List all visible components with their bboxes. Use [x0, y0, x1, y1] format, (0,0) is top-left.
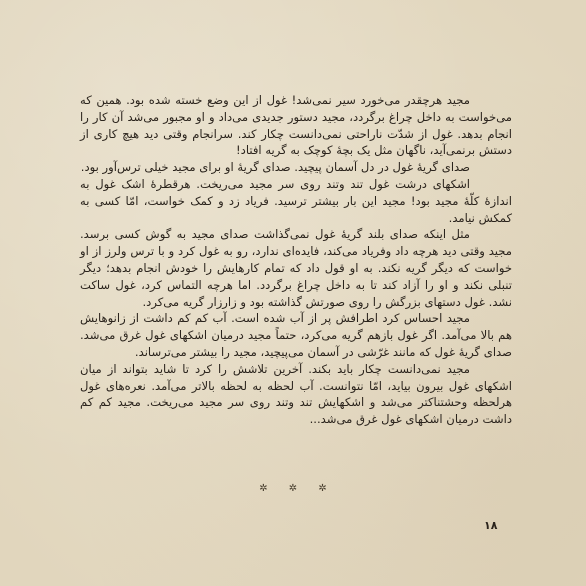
story-text: مجید هرچقدر می‌خورد سیر نمی‌شد! غول از ا…: [80, 92, 512, 428]
paragraph-2: صدای گریهٔ غول در دل آسمان پیچید. صدای گ…: [80, 159, 512, 176]
paragraph-5: مجید احساس کرد اطرافش پر از آب شده است. …: [80, 310, 512, 360]
paragraph-3: اشکهای درشت غول تند وتند روی سر مجید می‌…: [80, 176, 512, 226]
paragraph-4: مثل اینکه صدای بلند گریهٔ غول نمی‌گذاشت …: [80, 226, 512, 310]
book-page: مجید هرچقدر می‌خورد سیر نمی‌شد! غول از ا…: [0, 0, 586, 586]
section-separator: ✲ ✲ ✲: [0, 483, 586, 494]
asterisk-icon: ✲: [259, 483, 267, 494]
page-number: ۱۸: [484, 519, 497, 532]
paragraph-6: مجید نمی‌دانست چکار باید بکند. آخرین تلا…: [80, 361, 512, 428]
paragraph-1: مجید هرچقدر می‌خورد سیر نمی‌شد! غول از ا…: [80, 92, 512, 159]
asterisk-icon: ✲: [289, 483, 297, 494]
asterisk-icon: ✲: [318, 483, 326, 494]
